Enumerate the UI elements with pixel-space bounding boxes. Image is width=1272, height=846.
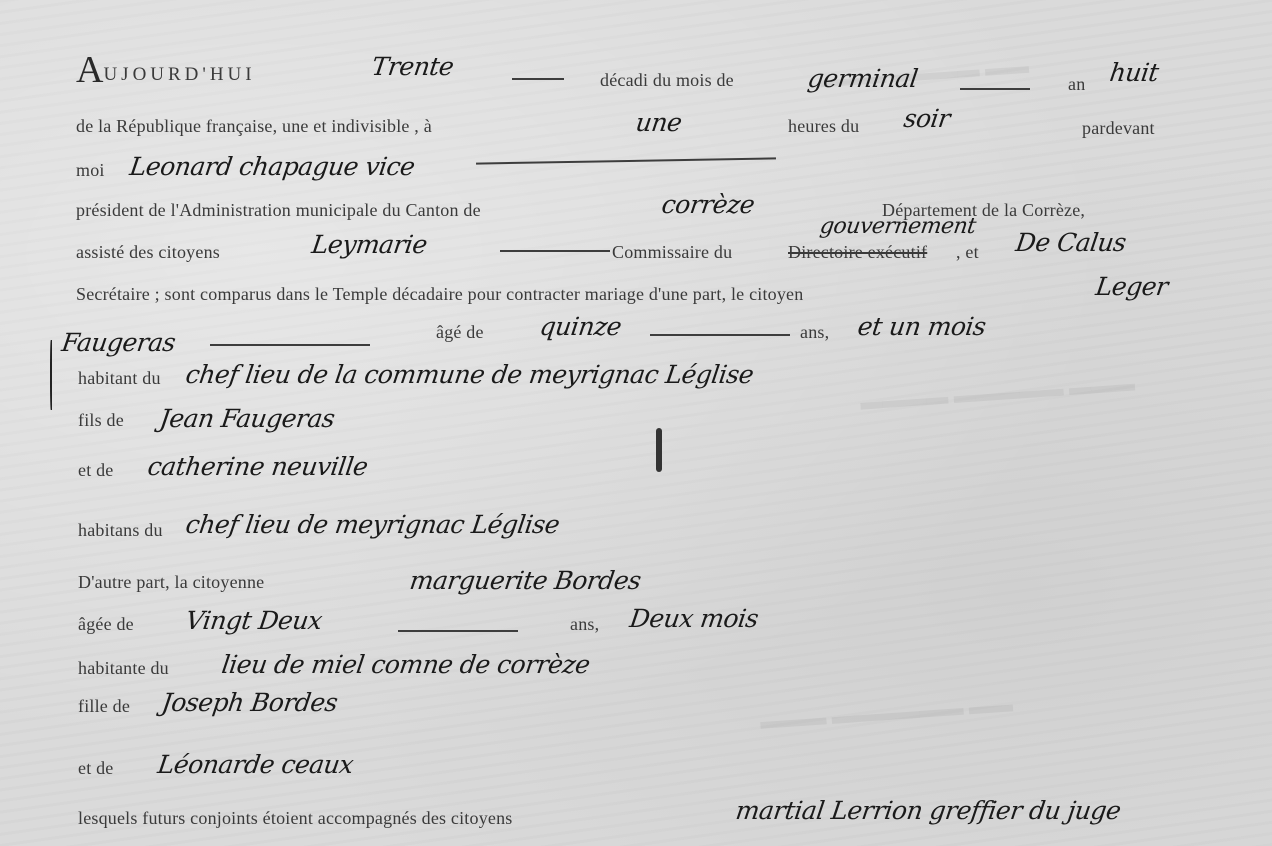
label-president-admin: président de l'Administration municipale… bbox=[76, 200, 481, 221]
label-an: an bbox=[1068, 74, 1085, 95]
ink-flourish bbox=[50, 340, 52, 410]
handwritten-correction: gouvernement bbox=[818, 214, 977, 239]
label-autre-part: D'autre part, la citoyenne bbox=[78, 572, 264, 593]
label-commissaire: Commissaire du bbox=[612, 242, 732, 263]
handwritten-month: germinal bbox=[806, 64, 920, 93]
handwritten-day: Trente bbox=[370, 52, 455, 81]
label-ans-bride: ans, bbox=[570, 614, 599, 635]
drop-cap: A bbox=[76, 49, 103, 91]
form-heading: AUJOURD'HUI bbox=[76, 48, 256, 92]
handwritten-secretary: De Calus bbox=[1014, 228, 1128, 257]
label-habitans-du: habitans du bbox=[78, 520, 163, 541]
label-republique: de la République française, une et indiv… bbox=[76, 116, 432, 137]
label-directoire-struck: Directoire exécutif bbox=[788, 242, 927, 263]
label-pardevant: pardevant bbox=[1082, 118, 1155, 139]
handwritten-groom-age-extra: et un mois bbox=[856, 312, 988, 341]
handwritten-groom-mother: catherine neuville bbox=[146, 452, 370, 481]
fill-line bbox=[650, 334, 790, 336]
label-et: , et bbox=[956, 242, 979, 263]
handwritten-canton: corrèze bbox=[660, 190, 756, 219]
fill-line bbox=[398, 630, 518, 632]
label-secretaire-comparus: Secrétaire ; sont comparus dans le Templ… bbox=[76, 284, 803, 305]
handwritten-bride-father: Joseph Bordes bbox=[160, 688, 339, 717]
label-moi: moi bbox=[76, 160, 105, 181]
handwritten-hour: une bbox=[634, 108, 684, 137]
label-fils-de: fils de bbox=[78, 410, 124, 431]
fill-line bbox=[476, 157, 776, 164]
label-lesquels-futurs: lesquels futurs conjoints étoient accomp… bbox=[78, 808, 513, 829]
label-decadi-month: décadi du mois de bbox=[600, 70, 734, 91]
label-et-de-bride-mother: et de bbox=[78, 758, 113, 779]
handwritten-bride-residence: lieu de miel comne de corrèze bbox=[220, 650, 592, 679]
ink-blot bbox=[656, 428, 662, 472]
bleed-through-text: ▬▬▬ ▬▬▬▬▬▬ ▬▬ bbox=[759, 691, 1013, 735]
label-assiste: assisté des citoyens bbox=[76, 242, 220, 263]
label-ans: ans, bbox=[800, 322, 829, 343]
handwritten-president: Leonard chapague vice bbox=[128, 152, 417, 181]
scanned-document-page: ▬▬▬ ▬▬▬▬ ▬▬ ▬▬▬▬ ▬▬▬▬▬ ▬▬▬ ▬▬▬ ▬▬▬▬▬▬ ▬▬… bbox=[0, 0, 1272, 846]
handwritten-time-of-day: soir bbox=[902, 104, 952, 133]
fill-line bbox=[512, 78, 564, 80]
label-heures: heures du bbox=[788, 116, 859, 137]
handwritten-bride-age: Vingt Deux bbox=[184, 606, 324, 635]
handwritten-bride-age-extra: Deux mois bbox=[628, 604, 760, 633]
fill-line bbox=[500, 250, 610, 252]
handwritten-parents-residence: chef lieu de meyrignac Léglise bbox=[184, 510, 561, 539]
fill-line bbox=[210, 344, 370, 346]
label-habitante-du: habitante du bbox=[78, 658, 169, 679]
heading-caps: UJOURD'HUI bbox=[103, 64, 255, 85]
label-fille-de: fille de bbox=[78, 696, 130, 717]
handwritten-groom-residence: chef lieu de la commune de meyrignac Lég… bbox=[184, 360, 755, 389]
handwritten-witnesses: martial Lerrion greffier du juge bbox=[734, 796, 1123, 825]
label-et-de-mother: et de bbox=[78, 460, 113, 481]
handwritten-bride-mother: Léonarde ceaux bbox=[156, 750, 355, 779]
handwritten-assistant: Leymarie bbox=[310, 230, 429, 259]
label-age-de: âgé de bbox=[436, 322, 484, 343]
handwritten-groom-age: quinze bbox=[538, 312, 623, 341]
fill-line bbox=[960, 88, 1030, 90]
label-habitant-du: habitant du bbox=[78, 368, 161, 389]
handwritten-year: huit bbox=[1108, 58, 1160, 87]
handwritten-bride-name: marguerite Bordes bbox=[408, 566, 643, 595]
handwritten-groom-last-name: Faugeras bbox=[60, 328, 177, 357]
bleed-through-text: ▬▬▬▬ ▬▬▬▬▬ ▬▬▬ bbox=[859, 370, 1135, 415]
handwritten-groom-father: Jean Faugeras bbox=[158, 404, 336, 433]
handwritten-groom-first-name: Leger bbox=[1094, 272, 1170, 301]
label-agee-de: âgée de bbox=[78, 614, 134, 635]
